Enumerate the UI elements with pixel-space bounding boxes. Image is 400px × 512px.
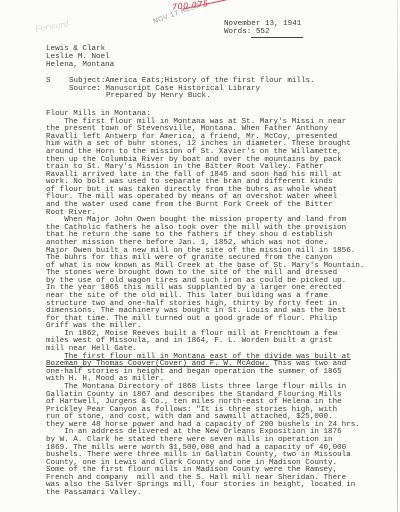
- page-edge-line: [397, 0, 398, 512]
- prepared-by-line: Prepared by Henry Buck.: [106, 93, 211, 101]
- pencil-annotation: Forward: [34, 19, 69, 34]
- document-page: Forward 700.075 NOV 17 RECD November 13,…: [0, 0, 400, 512]
- word-count-underline: [251, 37, 303, 38]
- word-count-value: 552: [256, 28, 270, 36]
- word-count-label: Words:: [224, 28, 251, 36]
- body-line: the Passamari Valley.: [46, 490, 142, 498]
- subject-marker: S: [46, 78, 51, 86]
- writer-location: Helena, Montana: [46, 62, 114, 70]
- underlined-text: Bozeman by Thomas Coover(Cover) and F. W…: [46, 360, 269, 368]
- word-count-row: Words: 552: [224, 29, 270, 37]
